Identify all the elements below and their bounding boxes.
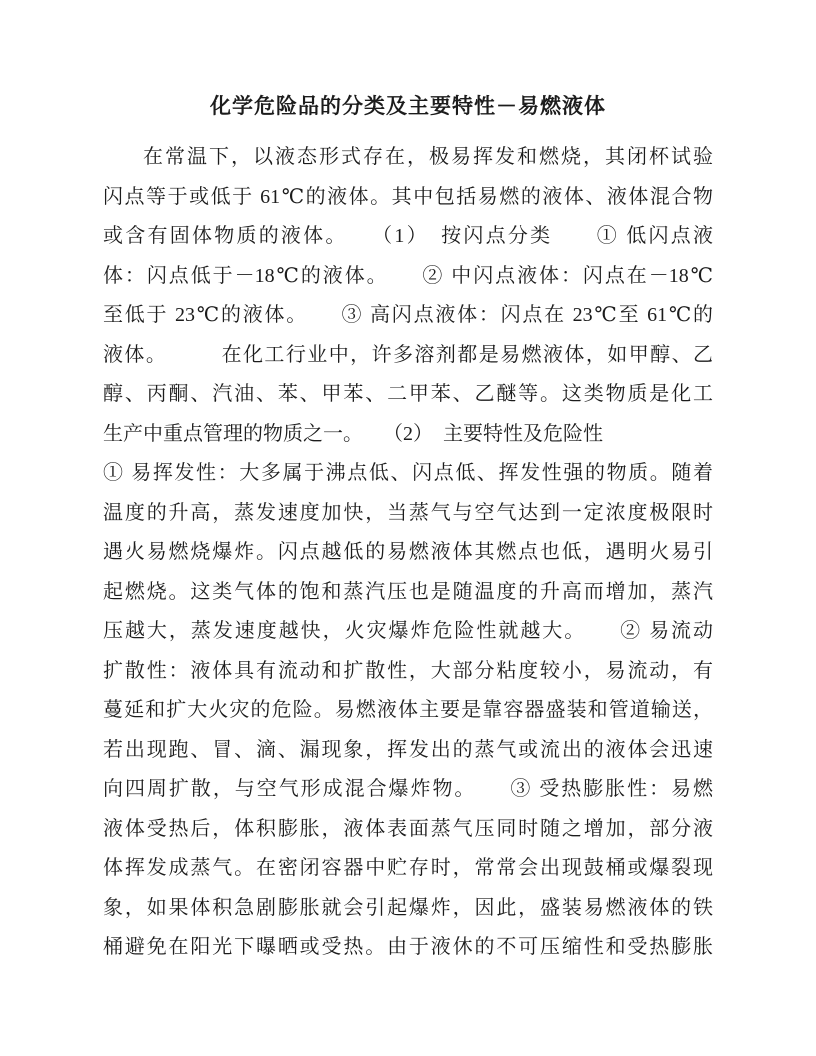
text-line: 遇火易燃烧爆炸。闪点越低的易燃液体其燃点也低，遇明火易引 (103, 533, 713, 573)
text-line: 闪点等于或低于 61℃的液体。其中包括易燃的液体、液体混合物 (103, 178, 713, 218)
text-line: ① 易挥发性：大多属于沸点低、闪点低、挥发性强的物质。随着 (103, 454, 713, 494)
text-line: 生产中重点管理的物质之一。 （2） 主要特性及危险性 (103, 415, 713, 455)
text-line: 液体受热后，体积膨胀，液体表面蒸气压同时随之增加，部分液 (103, 810, 713, 850)
text-line: 起燃烧。这类气体的饱和蒸汽压也是随温度的升高而增加，蒸汽 (103, 573, 713, 613)
text-line: 至低于 23℃的液体。 ③ 高闪点液体：闪点在 23℃至 61℃的 (103, 296, 713, 336)
text-line: 在常温下，以液态形式存在，极易挥发和燃烧，其闭杯试验 (103, 138, 713, 178)
text-line: 向四周扩散，与空气形成混合爆炸物。 ③ 受热膨胀性：易燃 (103, 770, 713, 810)
page-title: 化学危险品的分类及主要特性－易燃液体 (0, 90, 816, 120)
text-line: 象，如果体积急剧膨胀就会引起爆炸，因此，盛装易燃液体的铁 (103, 889, 713, 929)
text-line: 或含有固体物质的液体。 （1） 按闪点分类 ① 低闪点液 (103, 217, 713, 257)
text-line: 扩散性：液体具有流动和扩散性，大部分粘度较小，易流动，有 (103, 652, 713, 692)
text-line: 蔓延和扩大火灾的危险。易燃液体主要是靠容器盛装和管道输送， (103, 691, 713, 731)
text-line: 醇、丙酮、汽油、苯、甲苯、二甲苯、乙醚等。这类物质是化工 (103, 375, 713, 415)
text-line: 压越大，蒸发速度越快，火灾爆炸危险性就越大。 ② 易流动 (103, 612, 713, 652)
text-line: 温度的升高，蒸发速度加快，当蒸气与空气达到一定浓度极限时 (103, 494, 713, 534)
document-page: 化学危险品的分类及主要特性－易燃液体 在常温下，以液态形式存在，极易挥发和燃烧，… (0, 0, 816, 1056)
text-line: 若出现跑、冒、滴、漏现象，挥发出的蒸气或流出的液体会迅速 (103, 731, 713, 771)
text-line: 桶避免在阳光下曝晒或受热。由于液休的不可压缩性和受热膨胀 (103, 928, 713, 968)
text-line: 体：闪点低于－18℃的液体。 ② 中闪点液体：闪点在－18℃ (103, 257, 713, 297)
text-line: 液体。 在化工行业中，许多溶剂都是易燃液体，如甲醇、乙 (103, 336, 713, 376)
text-line: 体挥发成蒸气。在密闭容器中贮存时，常常会出现鼓桶或爆裂现 (103, 849, 713, 889)
body-paragraph: 在常温下，以液态形式存在，极易挥发和燃烧，其闭杯试验闪点等于或低于 61℃的液体… (103, 138, 713, 968)
